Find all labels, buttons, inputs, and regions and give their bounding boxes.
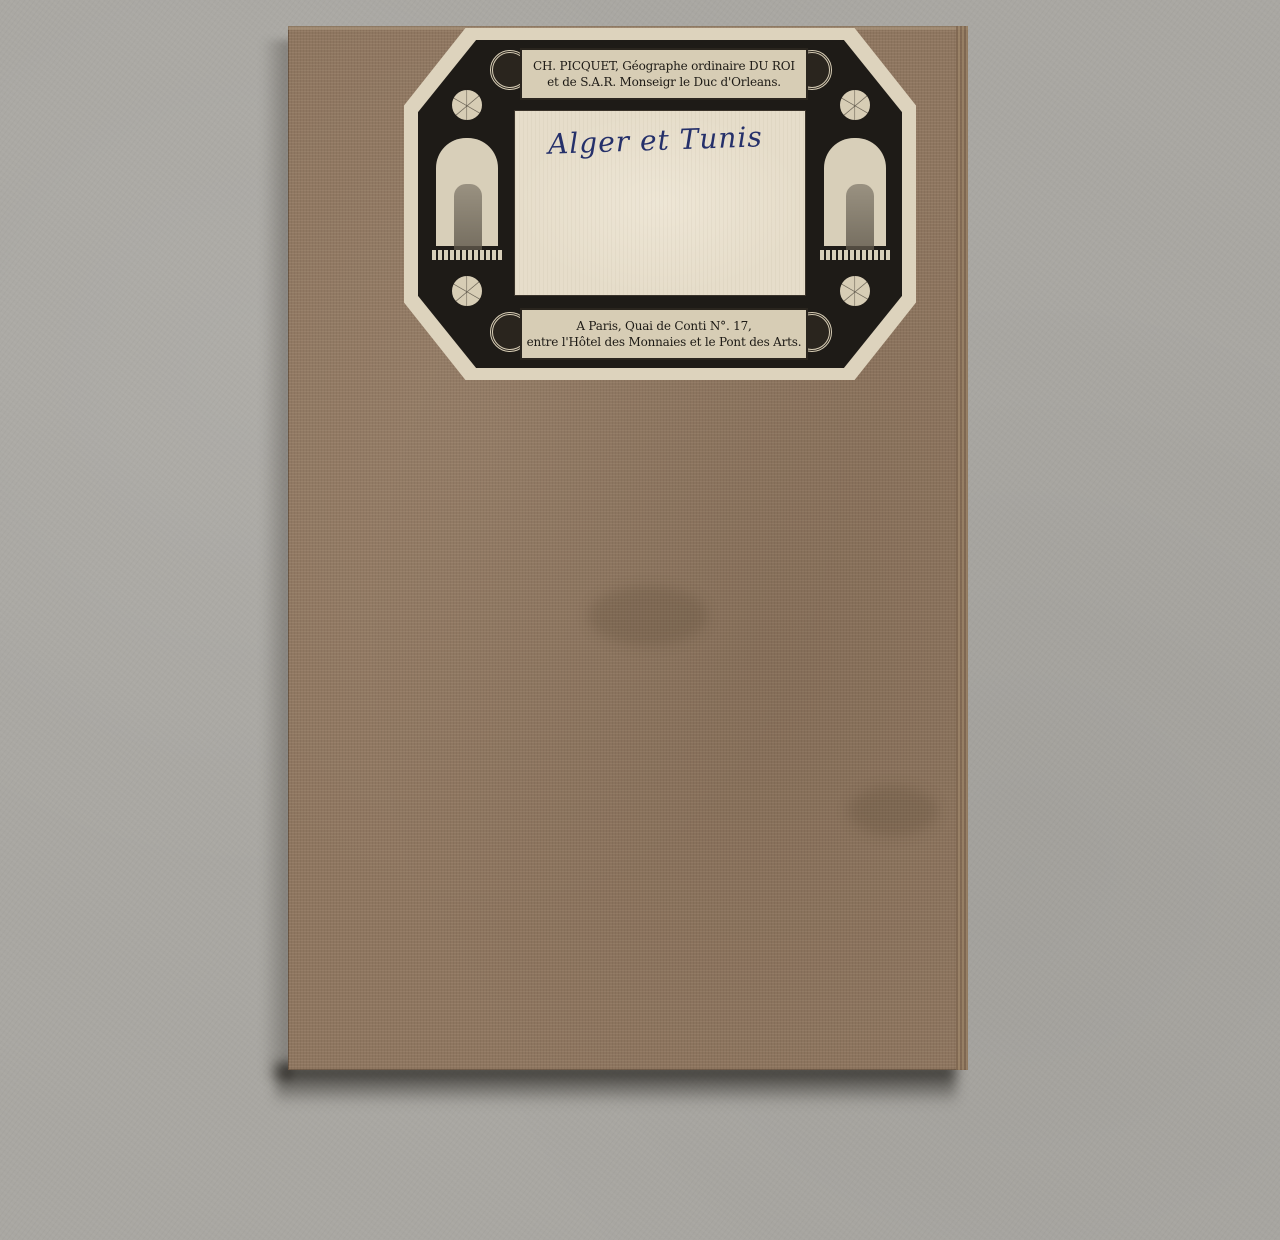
left-ornament-panel xyxy=(424,110,510,296)
cloth-smudge xyxy=(588,586,708,646)
globe-icon xyxy=(450,274,484,308)
gothic-niche xyxy=(436,138,498,246)
address-line-1: A Paris, Quai de Conti N°. 17, xyxy=(522,318,806,334)
pedestal xyxy=(432,250,502,260)
globe-icon xyxy=(838,274,872,308)
publisher-line-1: CH. PICQUET, Géographe ordinaire DU ROI xyxy=(522,58,806,74)
globe-icon xyxy=(838,88,872,122)
seated-figure-icon xyxy=(846,184,874,254)
right-ornament-panel xyxy=(812,110,898,296)
globe-icon xyxy=(450,88,484,122)
publisher-line-2: et de S.A.R. Monseigr le Duc d'Orleans. xyxy=(522,74,806,90)
seated-figure-icon xyxy=(454,184,482,254)
book-right-edge xyxy=(956,26,968,1070)
address-line-2: entre l'Hôtel des Monnaies et le Pont de… xyxy=(522,334,806,350)
publisher-address-box: A Paris, Quai de Conti N°. 17, entre l'H… xyxy=(520,308,808,360)
pedestal xyxy=(820,250,890,260)
cloth-smudge xyxy=(848,786,938,836)
gothic-niche xyxy=(824,138,886,246)
publisher-title-box: CH. PICQUET, Géographe ordinaire DU ROI … xyxy=(520,48,808,100)
book-bottom-shadow xyxy=(276,1064,956,1104)
